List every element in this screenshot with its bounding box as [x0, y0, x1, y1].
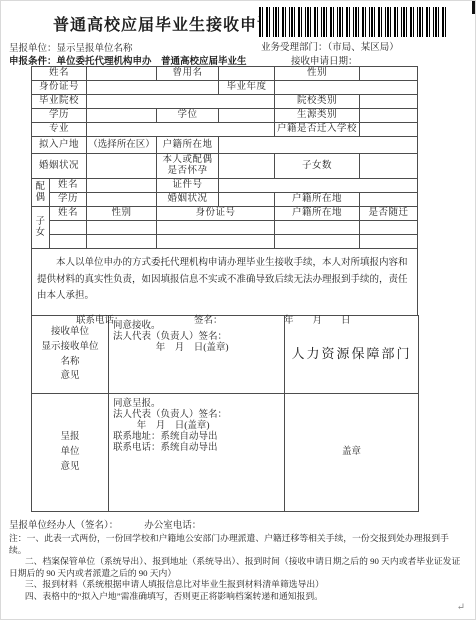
side-line: 意见: [33, 460, 107, 475]
gender-label: 性别: [275, 67, 360, 81]
note-text: 一、此表一式两份，一份回学校和户籍地公安部门办理派遣、户籍迁移等相关手续，一份交…: [9, 533, 449, 555]
spouse-cert-value-cell: [219, 179, 418, 193]
apply-condition-line: 申报条件：单位委托代理机构申办 普通高校应届毕业生: [9, 53, 247, 67]
former-name-label: 曾用名: [157, 67, 219, 81]
name-label: 姓名: [32, 67, 87, 81]
notes-label: 注：: [9, 533, 27, 543]
declaration-block: 本人以单位申办的方式委托代理机构申请办理毕业生接收手续，本人对所填报内容和提供材…: [31, 249, 418, 316]
note-line: 注：一、此表一式两份，一份回学校和户籍地公安部门办理派遣、户籍迁移等相关手续，一…: [9, 533, 461, 556]
child-row: [32, 235, 418, 249]
child-hukou-cell: [275, 235, 360, 249]
table-row: 拟入户地 （选择所在区） 户籍所在地: [32, 137, 418, 154]
child-id-cell: [157, 235, 275, 249]
major-label: 专业: [32, 123, 87, 137]
marital-value-cell: [87, 154, 157, 179]
paragraph-return-mark: ↵: [457, 602, 465, 613]
school-type-label: 院校类别: [275, 95, 360, 109]
handler-label: 呈报单位经办人（签名）：: [9, 521, 118, 531]
business-dept-line: 业务受理部门：（市局、某区局）: [261, 39, 399, 53]
side-line: 接收单位: [33, 325, 107, 340]
side-line: 意见: [33, 369, 107, 384]
table-row: 姓名 曾用名 性别: [32, 67, 418, 81]
accept-date-seal-label: 年 月 日(盖章): [113, 343, 280, 354]
table-row: 学历 婚姻状况 户籍所在地: [32, 193, 418, 207]
side-line: 单位: [33, 445, 107, 460]
page-title: 普通高校应届毕业生接收申请表: [53, 12, 291, 35]
hukou-place-value-cell: [219, 137, 418, 154]
accept-opinion-row: 接收单位 显示接收单位 名称 意见 同意接收。 法人代表（负责人）签名： 年 月…: [32, 316, 419, 394]
child-row: [32, 221, 418, 235]
table-row: 配偶 姓名 证件号: [32, 179, 418, 193]
report-opinion-side-label: 呈报 单位 意见: [32, 394, 109, 512]
target-hukou-label: 拟入户地: [32, 137, 87, 154]
spouse-group-label: 配偶: [32, 179, 50, 207]
opinion-table: 接收单位 显示接收单位 名称 意见 同意接收。 法人代表（负责人）签名： 年 月…: [31, 315, 419, 512]
child-relocate-cell: [360, 221, 418, 235]
origin-type-label: 生源类别: [275, 109, 360, 123]
grad-year-value-cell: [275, 81, 418, 95]
pregnant-value-cell: [219, 154, 275, 179]
table-row: 毕业院校 院校类别: [32, 95, 418, 109]
degree-value-cell: [219, 109, 275, 123]
report-date-seal-label: 年 月 日(盖章): [113, 421, 280, 432]
child-id-cell: [157, 221, 275, 235]
education-label: 学历: [32, 109, 87, 123]
side-line: 显示接收单位: [33, 340, 107, 355]
child-name-header: 姓名: [50, 207, 87, 221]
handler-line: 呈报单位经办人（签名）：办公室电话：: [9, 517, 476, 531]
grad-school-label: 毕业院校: [32, 95, 87, 109]
accept-opinion-side-label: 接收单位 显示接收单位 名称 意见: [32, 316, 109, 394]
side-line: 呈报: [33, 430, 107, 445]
hukou-to-school-label: 户籍是否迁入学校: [275, 123, 360, 137]
report-address-label: 联系地址：系统自动导出: [113, 432, 280, 443]
accept-legal-rep-label: 法人代表（负责人）签名：: [113, 332, 280, 343]
spouse-education-value-cell: [87, 193, 157, 207]
id-number-label: 身份证号: [32, 81, 87, 95]
target-hukou-hint: （选择所在区）: [87, 137, 157, 154]
gender-value-cell: [360, 67, 418, 81]
grad-year-label: 毕业年度: [219, 81, 275, 95]
major-value-cell: [87, 123, 275, 137]
child-name-cell: [50, 221, 87, 235]
child-name-cell: [50, 235, 87, 249]
scan-artifact: [472, 1, 475, 14]
accept-opinion-content: 同意接收。 法人代表（负责人）签名： 年 月 日(盖章): [109, 316, 285, 394]
child-relocate-cell: [360, 235, 418, 249]
child-relocate-header: 是否随迁: [360, 207, 418, 221]
table-row: 婚姻状况 本人或配偶是否怀孕 子女数: [32, 154, 418, 179]
children-group-label: 子女: [32, 207, 50, 249]
office-phone-label: 办公室电话：: [144, 521, 201, 531]
side-line: 名称: [33, 355, 107, 370]
spouse-marital-label: 婚姻状况: [157, 193, 219, 207]
table-row: 身份证号 毕业年度: [32, 81, 418, 95]
accept-agree-text: 同意接收。: [113, 321, 280, 332]
table-row: 学历 学位 生源类别: [32, 109, 418, 123]
report-opinion-content: 同意呈报。 法人代表（负责人）签名： 年 月 日(盖章) 联系地址：系统自动导出…: [109, 394, 285, 512]
spouse-marital-value-cell: [219, 193, 275, 207]
child-hukou-cell: [275, 221, 360, 235]
child-gender-header: 性别: [87, 207, 157, 221]
former-name-value-cell: [219, 67, 275, 81]
barcode-icon: [259, 7, 449, 37]
table-row: 专业 户籍是否迁入学校: [32, 123, 418, 137]
table-row: 子女 姓名 性别 身份证号 户籍所在地 是否随迁: [32, 207, 418, 221]
child-gender-cell: [87, 235, 157, 249]
spouse-name-label: 姓名: [50, 179, 87, 193]
hr-dept-label: 人力资源保障部门: [285, 316, 419, 394]
notes-block: 注：一、此表一式两份，一份回学校和户籍地公安部门办理派遣、户籍迁移等相关手续，一…: [9, 533, 461, 602]
report-unit-line: 呈报单位：显示呈报单位名称: [9, 40, 133, 54]
declaration-text: 本人以单位申办的方式委托代理机构申请办理毕业生接收手续，本人对所填报内容和提供材…: [32, 249, 417, 305]
spouse-hukou-value-cell: [360, 193, 418, 207]
origin-type-value-cell: [360, 109, 418, 123]
accept-date-line: 接收申请日期：: [291, 53, 358, 67]
spouse-hukou-label: 户籍所在地: [275, 193, 360, 207]
marital-label: 婚姻状况: [32, 154, 87, 179]
note-line: 二、档案保管单位（系统导出）、报到地址（系统导出）、报到时间（接收申请日期之后的…: [9, 556, 461, 579]
spouse-name-value-cell: [87, 179, 157, 193]
applicant-info-table: 姓名 曾用名 性别 身份证号 毕业年度 毕业院校 院校类别 学历: [31, 66, 418, 249]
children-num-value-cell: [360, 154, 418, 179]
spouse-education-label: 学历: [50, 193, 87, 207]
note-line: 三、报到材料（系统根据申请人填报信息比对毕业生报到材料清单筛选导出）: [9, 579, 461, 591]
child-id-header: 身份证号: [157, 207, 275, 221]
hukou-place-label: 户籍所在地: [157, 137, 219, 154]
grad-school-value-cell: [87, 95, 275, 109]
report-agree-text: 同意呈报。: [113, 399, 280, 410]
pregnant-label: 本人或配偶是否怀孕: [157, 154, 219, 179]
note-line: 四、表格中的“拟入户地”需准确填写，否则更正将影响档案转递和通知报到。: [9, 591, 461, 603]
id-number-value-cell: [87, 81, 219, 95]
report-phone-label: 联系电话：系统自动导出: [113, 443, 280, 454]
child-gender-cell: [87, 221, 157, 235]
children-num-label: 子女数: [275, 154, 360, 179]
child-hukou-header: 户籍所在地: [275, 207, 360, 221]
education-value-cell: [87, 109, 157, 123]
form-page: 普通高校应届毕业生接收申请表 呈报单位：显示呈报单位名称 申报条件：单位委托代理…: [0, 0, 476, 620]
declaration-date-label: 年 月 日: [284, 312, 351, 326]
degree-label: 学位: [157, 109, 219, 123]
hukou-to-school-value-cell: [360, 123, 418, 137]
seal-label: 盖章: [285, 394, 419, 512]
report-opinion-row: 呈报 单位 意见 同意呈报。 法人代表（负责人）签名： 年 月 日(盖章) 联系…: [32, 394, 419, 512]
report-legal-rep-label: 法人代表（负责人）签名：: [113, 410, 280, 421]
name-value-cell: [87, 67, 157, 81]
spouse-cert-label: 证件号: [157, 179, 219, 193]
school-type-value-cell: [360, 95, 418, 109]
